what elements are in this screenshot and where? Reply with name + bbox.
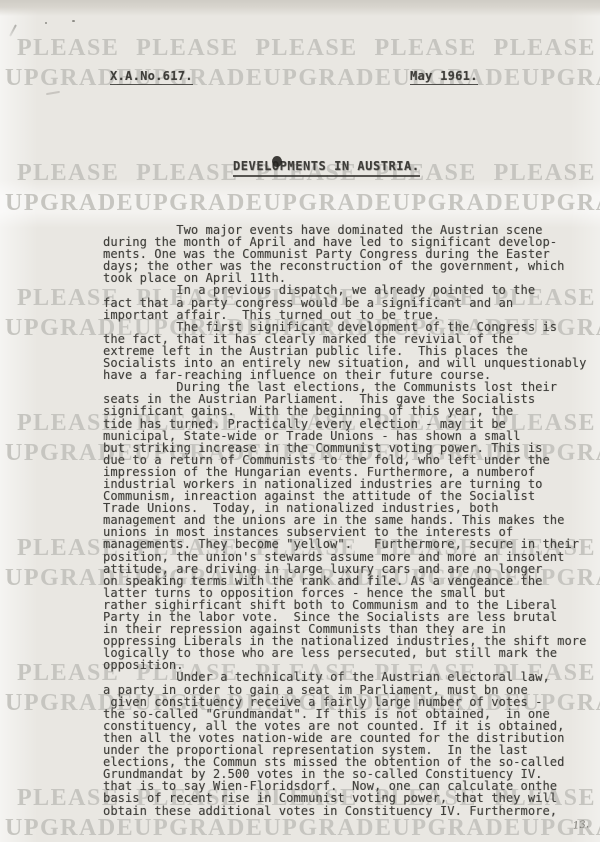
page-number: 13. (572, 819, 589, 832)
document-date: May 1961. (410, 69, 478, 85)
watermark-text: PLEASE (374, 36, 476, 60)
overstrike-blob (272, 156, 282, 167)
document-page: PLEASEPLEASEPLEASEPLEASEPLEASEUPGRADEUPG… (0, 0, 600, 842)
paper-speck (45, 22, 47, 24)
watermark-text: UPGRADE (263, 191, 392, 215)
watermark-text: UPGRADE (522, 191, 600, 215)
watermark-text: PLEASE (494, 161, 596, 185)
watermark-text: UPGRADE (134, 816, 263, 840)
watermark-text: UPGRADE (5, 191, 134, 215)
document-title-wrap: DEVELOPMENTS IN AUSTRIA. (233, 155, 420, 174)
watermark-text: UPGRADE (522, 66, 600, 90)
watermark-text: UPGRADE (393, 816, 522, 840)
watermark-row: UPGRADEUPGRADEUPGRADEUPGRADEUPGRADE (0, 191, 600, 215)
watermark-text: UPGRADE (393, 191, 522, 215)
watermark-text: PLEASE (17, 161, 119, 185)
watermark-text: UPGRADE (5, 816, 134, 840)
watermark-text: UPGRADE (134, 191, 263, 215)
document-number: X.A.No.617. (110, 69, 193, 85)
watermark-row: UPGRADEUPGRADEUPGRADEUPGRADEUPGRADE (0, 66, 600, 90)
watermark-text: PLEASE (494, 36, 596, 60)
paper-speck (72, 20, 75, 22)
watermark-text: PLEASE (17, 36, 119, 60)
watermark-text: UPGRADE (263, 66, 392, 90)
watermark-text: UPGRADE (263, 816, 392, 840)
document-title: DEVELOPMENTS IN AUSTRIA. (233, 159, 420, 177)
pencil-mark (9, 24, 17, 36)
watermark-row: UPGRADEUPGRADEUPGRADEUPGRADEUPGRADE (0, 816, 600, 840)
watermark-text: PLEASE (136, 161, 238, 185)
watermark-text: PLEASE (136, 36, 238, 60)
document-body: Two major events have dominated the Aust… (103, 224, 586, 817)
watermark-text: PLEASE (255, 36, 357, 60)
watermark-row: PLEASEPLEASEPLEASEPLEASEPLEASE (0, 36, 600, 60)
pencil-mark (46, 91, 60, 95)
